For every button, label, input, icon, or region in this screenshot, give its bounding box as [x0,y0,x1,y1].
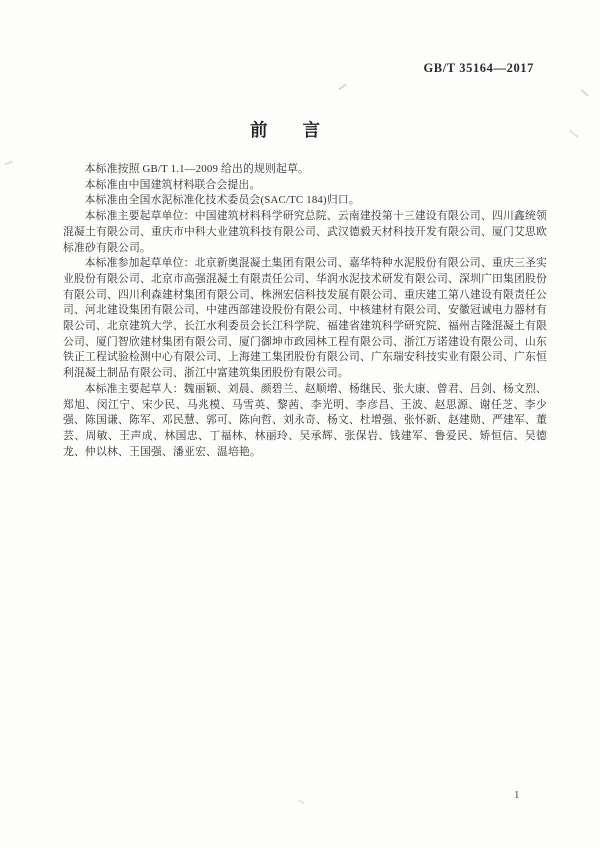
paragraph-main-drafting-units: 本标准主要起草单位：中国建筑材料科学研究总院、云南建投第十三建设有限公司、四川鑫… [63,209,547,256]
paragraph-proposed-by: 本标准由中国建筑材料联合会提出。 [63,178,547,194]
page-title: 前 言 [63,117,507,142]
paragraph-main-drafters: 本标准主要起草人：魏丽颖、刘晨、颜碧兰、赵顺增、杨继民、张大康、曾君、吕剑、杨文… [63,382,547,461]
foreword-body: 本标准按照 GB/T 1.1—2009 给出的规则起草。 本标准由中国建筑材料联… [63,162,547,460]
scan-artifact [338,84,346,90]
scan-artifact [569,129,579,138]
paragraph-drafting-rule: 本标准按照 GB/T 1.1—2009 给出的规则起草。 [63,162,547,178]
page-number: 1 [514,789,520,801]
standard-code: GB/T 35164—2017 [423,61,534,76]
scan-artifact [581,89,590,97]
paragraph-participating-units: 本标准参加起草单位：北京新奥混凝土集团有限公司、嘉华特种水泥股份有限公司、重庆三… [63,256,547,382]
document-page: GB/T 35164—2017 前 言 本标准按照 GB/T 1.1—2009 … [0,0,600,848]
scan-artifact [4,161,13,165]
paragraph-centralized-by: 本标准由全国水泥标准化技术委员会(SAC/TC 184)归口。 [63,193,547,209]
scan-artifact [298,800,305,804]
